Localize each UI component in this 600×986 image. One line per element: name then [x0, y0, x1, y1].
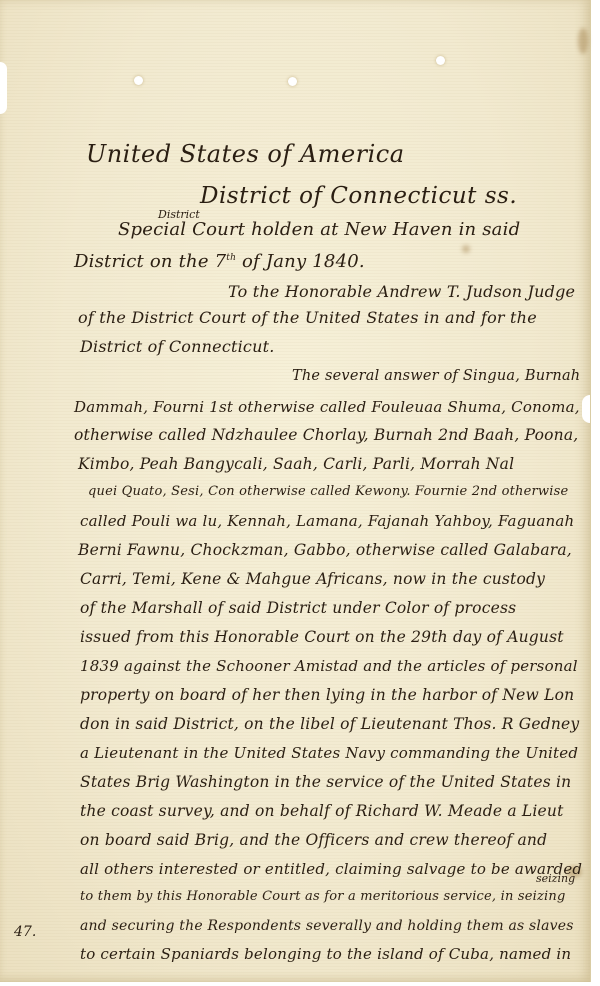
body-line: issued from this Honorable Court on the …	[80, 628, 564, 646]
body-line: don in said District, on the libel of Li…	[80, 715, 579, 733]
date-ordinal: th	[226, 253, 236, 263]
body-line: called Pouli wa lu, Kennah, Lamana, Faja…	[80, 512, 574, 530]
date-rest: of Jany 1840.	[236, 251, 365, 272]
body-line: and securing the Respondents severally a…	[80, 918, 574, 934]
body-line: of the Marshall of said District under C…	[80, 599, 516, 617]
body-line: Berni Fawnu, Chockzman, Gabbo, otherwise…	[78, 541, 572, 559]
address-line-1: To the Honorable Andrew T. Judson Judge	[228, 282, 575, 301]
manuscript-page: United States of America District of Con…	[0, 0, 591, 982]
address-line-2: of the District Court of the United Stat…	[78, 308, 537, 327]
heading-date: District on the 7th of Jany 1840.	[74, 251, 365, 272]
body-line: Kimbo, Peah Bangycali, Saah, Carli, Parl…	[78, 455, 514, 473]
torn-edge-left	[0, 62, 7, 114]
heading-united-states: United States of America	[86, 140, 405, 168]
heading-special-court: Special Court holden at New Haven in sai…	[118, 219, 520, 240]
body-line: to certain Spaniards belonging to the is…	[80, 945, 571, 963]
torn-edge-right	[582, 395, 590, 423]
body-line: on board said Brig, and the Officers and…	[80, 831, 547, 849]
pinhole	[288, 77, 297, 86]
body-line: otherwise called Ndzhaulee Chorlay, Burn…	[74, 426, 578, 444]
address-line-3: District of Connecticut.	[80, 337, 275, 356]
body-line: 1839 against the Schooner Amistad and th…	[80, 657, 578, 675]
body-line: property on board of her then lying in t…	[80, 686, 574, 704]
body-line: Carri, Temi, Kene & Mahgue Africans, now…	[80, 570, 545, 588]
body-line: the coast survey, and on behalf of Richa…	[80, 802, 564, 820]
stain	[578, 28, 588, 54]
body-line: to them by this Honorable Court as for a…	[80, 889, 566, 904]
body-line: a Lieutenant in the United States Navy c…	[80, 744, 578, 762]
body-line: Dammah, Fourni 1st otherwise called Foul…	[74, 398, 580, 416]
body-line: all others interested or entitled, claim…	[80, 860, 582, 878]
heading-district: District of Connecticut ss.	[200, 183, 517, 209]
stain	[462, 245, 470, 253]
page-number: 47.	[14, 924, 36, 940]
date-day: District on the 7	[74, 251, 226, 272]
body-line: The several answer of Singua, Burnah	[292, 368, 580, 384]
pinhole	[134, 76, 143, 85]
margin-correction: seizing	[536, 872, 575, 885]
body-line: quei Quato, Sesi, Con otherwise called K…	[88, 484, 568, 499]
body-line: States Brig Washington in the service of…	[80, 773, 571, 791]
pinhole	[436, 56, 445, 65]
